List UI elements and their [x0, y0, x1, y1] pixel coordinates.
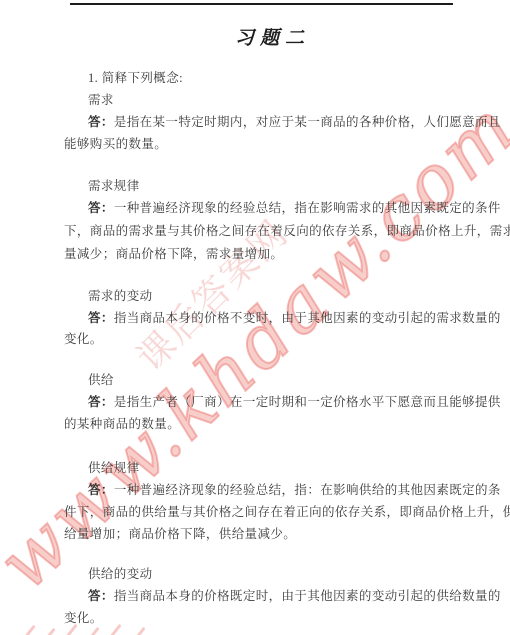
- answer-line: 能够购买的数量。: [64, 137, 167, 152]
- answer-prefix: 答：: [88, 115, 114, 129]
- document-content: 习题二 1. 简释下列概念: 需求 答：是指在某一特定时期内，对应于某一商品的各…: [0, 0, 510, 635]
- answer-prefix: 答：: [88, 483, 114, 497]
- answer-text: 一种普遍经济现象的经验总结，指：在影响供给的其他因素既定的条: [114, 483, 501, 497]
- answer-line: 变化。: [64, 611, 103, 626]
- answer-line: 下，商品的需求量与其价格之间存在着反向的依存关系，即商品价格上升，需求: [64, 224, 510, 239]
- answer-line: 答：是指生产者（厂商）在一定时期和一定价格水平下愿意而且能够提供: [88, 395, 501, 410]
- answer-line: 的某种商品的数量。: [64, 417, 180, 432]
- term-label: 供给: [88, 373, 114, 388]
- answer-text: 是指生产者（厂商）在一定时期和一定价格水平下愿意而且能够提供: [114, 395, 501, 409]
- term-label: 供给的变动: [88, 567, 153, 582]
- term-label: 供给规律: [88, 461, 140, 476]
- answer-prefix: 答：: [88, 395, 114, 409]
- question-heading: 1. 简释下列概念:: [88, 71, 183, 86]
- answer-text: 是指在某一特定时期内，对应于某一商品的各种价格，人们愿意而且: [114, 115, 501, 129]
- answer-text: 指当商品本身的价格既定时，由于其他因素的变动引起的供给数量的: [114, 589, 501, 603]
- answer-prefix: 答：: [88, 311, 114, 325]
- answer-prefix: 答：: [88, 201, 114, 215]
- answer-line: 给量增加；商品价格下降，供给量减少。: [64, 527, 296, 542]
- answer-line: 答：一种普遍经济现象的经验总结，指在影响需求的其他因素既定的条件: [88, 201, 501, 216]
- answer-line: 答：指当商品本身的价格既定时，由于其他因素的变动引起的供给数量的: [88, 589, 501, 604]
- answer-text: 一种普遍经济现象的经验总结，指在影响需求的其他因素既定的条件: [114, 201, 501, 215]
- answer-line: 答：一种普遍经济现象的经验总结，指：在影响供给的其他因素既定的条: [88, 483, 501, 498]
- answer-line: 量减少；商品价格下降，需求量增加。: [64, 247, 283, 262]
- term-label: 需求: [88, 93, 114, 108]
- header-rule: [70, 3, 453, 5]
- document-page: www.khdaw.com 课后答案网 习题二 1. 简释下列概念: 需求 答：…: [0, 0, 510, 635]
- answer-text: 指当商品本身的价格不变时，由于其他因素的变动引起的需求数量的: [114, 311, 501, 325]
- answer-prefix: 答：: [88, 589, 114, 603]
- answer-line: 件下，商品的供给量与其价格之间存在着正向的依存关系，即商品价格上升，供: [64, 505, 510, 520]
- answer-line: 答：是指在某一特定时期内，对应于某一商品的各种价格，人们愿意而且: [88, 115, 501, 130]
- answer-line: 答：指当商品本身的价格不变时，由于其他因素的变动引起的需求数量的: [88, 311, 501, 326]
- answer-line: 变化。: [64, 332, 103, 347]
- page-title: 习题二: [35, 23, 510, 50]
- term-label: 需求的变动: [88, 289, 153, 304]
- term-label: 需求规律: [88, 179, 140, 194]
